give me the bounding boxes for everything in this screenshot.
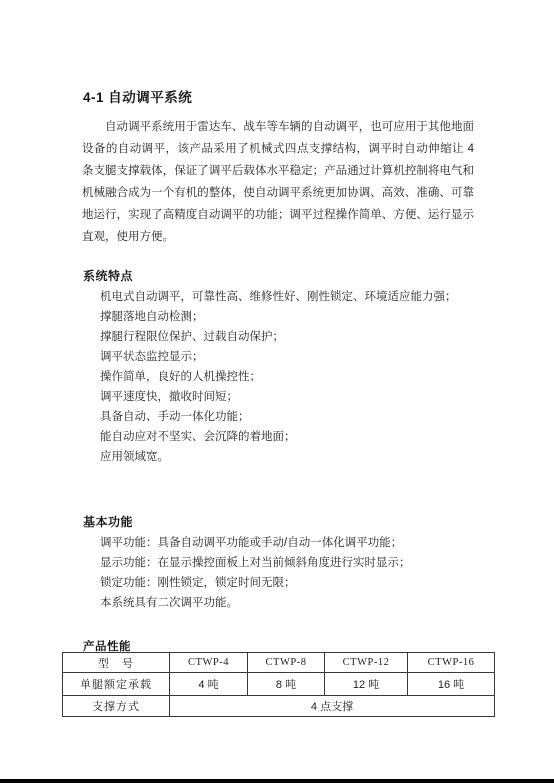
performance-table: 型 号 CTWP-4 CTWP-8 CTWP-12 CTWP-16 单腿额定承载… — [62, 652, 495, 717]
section-heading-features: 系统特点 — [83, 267, 133, 284]
row-label-model: 型 号 — [63, 653, 170, 673]
load-cell: 12 吨 — [325, 673, 408, 696]
document-page: 4-1 自动调平系统 自动调平系统用于雷达车、战车等车辆的自动调平，也可应用于其… — [0, 0, 554, 783]
row-label-load: 单腿额定承载 — [63, 673, 170, 696]
load-cell: 8 吨 — [248, 673, 325, 696]
table-row-load: 单腿额定承载 4 吨 8 吨 12 吨 16 吨 — [63, 673, 495, 696]
page-bottom-rule — [0, 779, 554, 783]
model-cell: CTWP-8 — [248, 653, 325, 673]
function-item: 本系统具有二次调平功能。 — [100, 593, 490, 613]
function-item: 调平功能：具备自动调平功能或手动/自动一体化调平功能； — [100, 533, 490, 553]
table-row-model: 型 号 CTWP-4 CTWP-8 CTWP-12 CTWP-16 — [63, 653, 495, 673]
feature-item: 应用领域宽。 — [100, 447, 490, 467]
row-label-support: 支撑方式 — [63, 696, 170, 717]
table-row-support: 支撑方式 4 点支撑 — [63, 696, 495, 717]
model-cell: CTWP-12 — [325, 653, 408, 673]
load-cell: 16 吨 — [408, 673, 495, 696]
load-cell: 4 吨 — [170, 673, 248, 696]
section-heading-functions: 基本功能 — [83, 513, 133, 530]
intro-paragraph: 自动调平系统用于雷达车、战车等车辆的自动调平，也可应用于其他地面设备的自动调平，… — [82, 116, 474, 248]
feature-item: 撑腿落地自动检测； — [100, 307, 490, 327]
feature-item: 调平速度快，撤收时间短； — [100, 387, 490, 407]
model-cell: CTWP-16 — [408, 653, 495, 673]
function-item: 锁定功能：刚性锁定，锁定时间无限； — [100, 573, 490, 593]
feature-item: 机电式自动调平，可靠性高、维修性好、刚性锁定、环境适应能力强； — [100, 287, 490, 307]
feature-item: 能自动应对不坚实、会沉降的着地面； — [100, 427, 490, 447]
features-list: 机电式自动调平，可靠性高、维修性好、刚性锁定、环境适应能力强； 撑腿落地自动检测… — [100, 287, 490, 467]
model-cell: CTWP-4 — [170, 653, 248, 673]
feature-item: 具备自动、手动一体化功能； — [100, 407, 490, 427]
page-title: 4-1 自动调平系统 — [83, 86, 192, 106]
feature-item: 撑腿行程限位保护、过载自动保护； — [100, 327, 490, 347]
functions-list: 调平功能：具备自动调平功能或手动/自动一体化调平功能； 显示功能：在显示操控面板… — [100, 533, 490, 613]
function-item: 显示功能：在显示操控面板上对当前倾斜角度进行实时显示； — [100, 553, 490, 573]
support-cell: 4 点支撑 — [170, 696, 495, 717]
feature-item: 操作简单，良好的人机操控性； — [100, 367, 490, 387]
feature-item: 调平状态监控显示； — [100, 347, 490, 367]
